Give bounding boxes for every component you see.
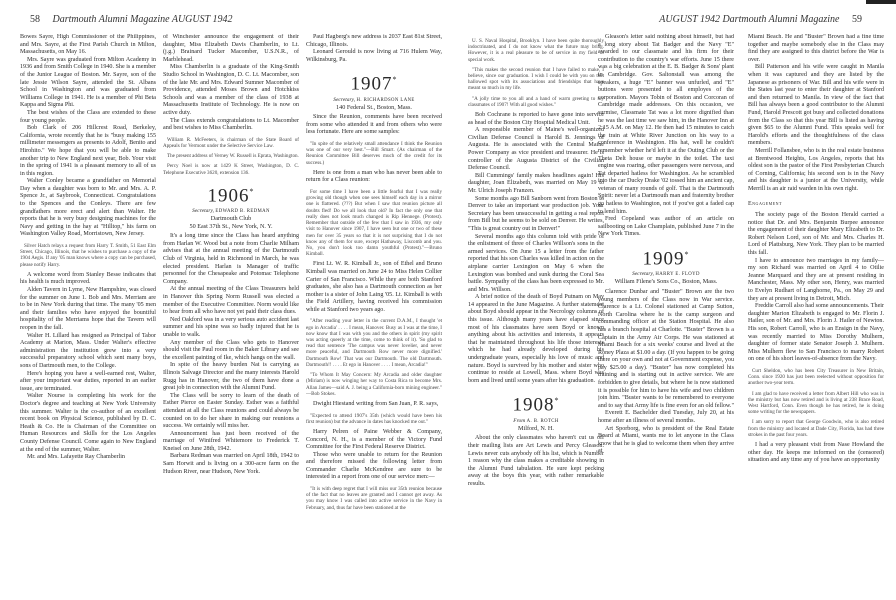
paragraph: Some months ago Bill Sanborn went from B… (468, 196, 604, 234)
running-head-title: Dartmouth Alumni Magazine AUGUST 1942 (53, 14, 233, 25)
paragraph: I had a very pleasant visit from Nase Ho… (748, 442, 884, 465)
quote: "In spite of the relatively small attend… (306, 141, 442, 166)
paragraph: A brief notice of the death of Boyd Putn… (468, 294, 604, 385)
running-head-right: AUGUST 1942 Dartmouth Alumni Magazine 59 (659, 14, 872, 25)
secretary-line: Secretary, H. RICHARDSON LANE (306, 97, 442, 104)
running-head-left: 58 Dartmouth Alumni Magazine AUGUST 1942 (20, 14, 233, 25)
paragraph: Walter H. Lillard has resigned as Princi… (20, 333, 156, 371)
small-note: I am sorry to report that George Goodwin… (748, 419, 884, 438)
class-year-heading: 1909* (598, 245, 734, 269)
star-marker: * (685, 250, 690, 259)
secretary-name: A. B. ROTCH (527, 419, 559, 424)
paragraph: In spite of the heavy burden Nat is carr… (163, 362, 299, 392)
paragraph: Merrill Follansbee, who is in the real e… (748, 148, 884, 194)
class-year: 1907 (351, 74, 393, 95)
scan-edge (866, 0, 896, 4)
paragraph: Barbara Redman was married on April 18th… (163, 453, 299, 476)
class-year-heading: 1906* (163, 182, 299, 206)
paragraph: Announcement has just been received of t… (163, 431, 299, 454)
column-2: of Winchester announce the engagement of… (163, 34, 299, 594)
paragraph: Art Sporborg, who is president of the Re… (598, 426, 734, 456)
column-5: Gleason's letter said nothing about hims… (598, 34, 734, 594)
quote: "It is with deep regret that I will miss… (306, 486, 442, 511)
small-note: The present address of Verney W. Russell… (163, 153, 299, 159)
address-line: 140 Federal St., Boston, Mass. (306, 104, 442, 112)
class-year: 1909 (643, 248, 685, 269)
small-note: U. S. Naval Hospital, Brooklyn. I have b… (468, 38, 604, 63)
class-year-heading: 1907* (306, 70, 442, 94)
quote: "To Whom It May Concern: My Arcadia and … (306, 372, 442, 397)
small-note: "A jolly time to you all and a hand of w… (468, 96, 604, 108)
class-year-heading: 1908* (468, 391, 604, 415)
small-note: "This makes the second reunion that I ha… (468, 67, 604, 92)
paragraph: Alden Tavern in Lyme, New Hampshire, was… (20, 287, 156, 333)
paragraph: Bob Cochrane is reported to have gone in… (468, 112, 604, 127)
secretary-name: EDWARD B. REDMAN (215, 209, 270, 214)
paragraph: A responsible member of Maine's well-org… (468, 127, 604, 173)
paragraph: Fred Copeland was author of an article o… (598, 216, 734, 239)
paragraph: Bob Clark of 206 Hillcrest Road, Berkele… (20, 125, 156, 178)
address-line: Milford, N. H. (468, 425, 604, 433)
quote: "Expected to attend 1907's 35th (which w… (306, 413, 442, 425)
paragraph: A welcome word from Stanley Besse indica… (20, 272, 156, 287)
paragraph: Walter Conley became a grandfather on Me… (20, 178, 156, 239)
paragraph: The Class extends congratulations to Lt.… (163, 118, 299, 133)
column-1: Bowes Sayre, High Commissioner of the Ph… (20, 34, 156, 594)
paragraph: Bill Patterson and his wife were caught … (748, 64, 884, 148)
quote: "After reading your letter in the curren… (306, 318, 442, 368)
page-number: 59 (852, 14, 862, 25)
paragraph: Any member of the Class who gets to Hano… (163, 340, 299, 363)
small-note: William R. McFeeters, is chairman of the… (163, 137, 299, 149)
small-note: I am glad to have received a letter from… (748, 391, 884, 416)
class-year: 1906 (208, 185, 250, 206)
paragraph: It's a long time since the Class has hea… (163, 233, 299, 286)
secretary-label: From (513, 418, 525, 424)
paragraph: Miami Beach. He and "Buster" Brown had a… (748, 34, 884, 64)
paragraph: Here's hoping you have a well-earned res… (20, 371, 156, 394)
paragraph: Harry Pelren of Paine Webber & Company, … (306, 429, 442, 452)
paragraph: Since the Reunion, comments have been re… (306, 114, 442, 137)
paragraph: The Class will be sorry to learn of the … (163, 393, 299, 431)
quote: For some time I have been a little fearf… (306, 189, 442, 257)
paragraph: of Winchester announce the engagement of… (163, 34, 299, 64)
star-marker: * (555, 396, 560, 405)
paragraph: Ned Oakford was in a very serious auto a… (163, 317, 299, 340)
paragraph: The best wishes of the Class are extende… (20, 110, 156, 125)
paragraph: Bill Cummings' family makes headlines ag… (468, 173, 604, 196)
star-marker: * (393, 75, 398, 84)
left-page: 58 Dartmouth Alumni Magazine AUGUST 1942… (0, 0, 448, 600)
paragraph: Paul Hagberg's new address is 2037 East … (306, 34, 442, 49)
paragraph: Miss Chamberlin is a graduate of the Kin… (163, 64, 299, 117)
paragraph: Those who were unable to return for the … (306, 452, 442, 482)
class-year: 1908 (513, 395, 555, 416)
paragraph: Several months ago this column told with… (468, 234, 604, 295)
paragraph: About the only classmates who haven't cu… (468, 435, 604, 488)
paragraph: Here is one from a man who has never bee… (306, 170, 442, 185)
paragraph: Mrs. Sayre was graduated from Milton Aca… (20, 57, 156, 110)
paragraph: The society page of the Boston Herald ca… (748, 212, 884, 258)
secretary-address: Dartmouth Club 50 East 37th St., New Yor… (163, 215, 299, 230)
paragraph: Gleason's letter said nothing about hims… (598, 34, 734, 216)
paragraph: Everett E. Bachelder died Tuesday, July … (598, 410, 734, 425)
column-3: Paul Hagberg's new address is 2037 East … (306, 34, 442, 594)
secretary-line: Secretary, EDWARD B. REDMAN (163, 208, 299, 215)
small-note: Silver Hatch relays a request from Harry… (20, 243, 156, 268)
secretary-name: H. RICHARDSON LANE (357, 98, 415, 103)
paragraph: Freddie Carroll also had some announceme… (748, 303, 884, 364)
column-6: Miami Beach. He and "Buster" Brown had a… (748, 34, 884, 594)
paragraph: Clarence Dunbar and "Buster" Brown are t… (598, 289, 734, 411)
paragraph: Dwight Hiestand writing from San Juan, P… (306, 401, 442, 409)
paragraph: First Lt. W. R. Kimball Jr., son of Ethe… (306, 261, 442, 314)
secretary-label: Secretary, (192, 208, 214, 214)
secretary-address: William Filene's Sons Co., Boston, Mass. (598, 278, 734, 286)
magazine-spread: 58 Dartmouth Alumni Magazine AUGUST 1942… (0, 0, 896, 600)
small-note: Percy Noel is now at 1429 K Street, Wash… (163, 163, 299, 175)
star-marker: * (250, 187, 255, 196)
paragraph: I have to announce two marriages in my f… (748, 258, 884, 304)
secretary-address: 140 Federal St., Boston, Mass. (306, 104, 442, 112)
paragraph: Mr. and Mrs. Lafayette Ray Chamberlin (20, 454, 156, 462)
section-heading-engagement: Engagement (748, 201, 884, 209)
secretary-label: Secretary, (632, 271, 654, 277)
secretary-address: Milford, N. H. (468, 425, 604, 433)
column-4: U. S. Naval Hospital, Brooklyn. I have b… (468, 34, 604, 594)
right-page: AUGUST 1942 Dartmouth Alumni Magazine 59… (448, 0, 896, 600)
paragraph: Bowes Sayre, High Commissioner of the Ph… (20, 34, 156, 57)
paragraph: Walter Nourse is completing his work for… (20, 393, 156, 454)
address-line: William Filene's Sons Co., Boston, Mass. (598, 278, 734, 286)
secretary-line: From A. B. ROTCH (468, 418, 604, 425)
secretary-label: Secretary, (333, 97, 355, 103)
address-line: 50 East 37th St., New York, N. Y. (163, 223, 299, 231)
secretary-name: HARRY E. FLOYD (655, 272, 699, 277)
secretary-line: Secretary, HARRY E. FLOYD (598, 271, 734, 278)
paragraph: At the annual meeting of the Class Treas… (163, 286, 299, 316)
paragraph: Leonard Gerould is now living at 716 Hul… (306, 49, 442, 64)
page-number: 58 (30, 14, 40, 25)
small-note: Curt Sheldon, who has been City Treasure… (748, 368, 884, 387)
running-head-title: AUGUST 1942 Dartmouth Alumni Magazine (659, 14, 839, 25)
address-line: Dartmouth Club (163, 215, 299, 223)
